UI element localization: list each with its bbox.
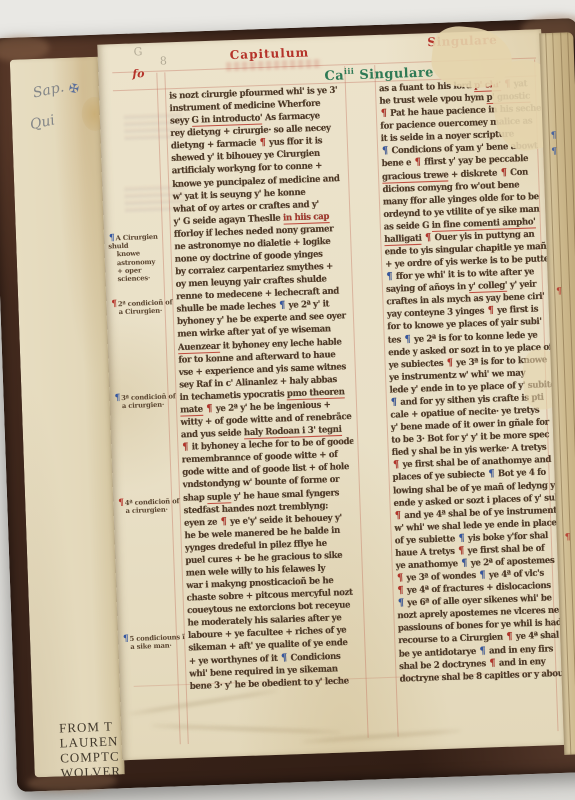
chapter-number-superscript: iii: [344, 66, 355, 76]
margin-annotation: ¶5 condiciouns ĩa sike man·: [122, 633, 187, 652]
margin-annotation: ¶3ª condicioñ ofa cirurgien·: [114, 392, 179, 411]
folio-abbreviation: fo: [132, 67, 145, 80]
chapter-title: Singulare: [359, 65, 434, 83]
photo-backdrop: { "photo": { "backdrop_color": "#e6e5e1"…: [0, 0, 575, 800]
margin-annotation: ¶A Cirurgien shuldknowe astronomy+ oper …: [108, 232, 174, 283]
handwritten-shelfmark-line1: Sap.: [32, 79, 66, 101]
margin-annotation: ¶4ª condicioñ ofa cirurgien·: [117, 497, 182, 516]
chapter-abbrev: Ca: [324, 68, 344, 84]
running-title-capitulum: Capitulum: [230, 45, 310, 62]
parchment-wrinkle: [129, 690, 277, 715]
manuscript-book: Sap. Qui ✠ FROM T LAUREN COMPTC WOLVER. …: [0, 18, 575, 792]
red-fore-edge-paraph: ¶: [556, 287, 562, 297]
pencil-mark: G: [133, 45, 142, 58]
margin-note-line: A Cirurgien shuld: [108, 233, 158, 251]
blue-fore-edge-paraph: ¶: [551, 131, 557, 141]
bookplate-stamp: FROM T LAUREN COMPTC WOLVER.: [59, 718, 125, 777]
manuscript-page: fo 8 G Capitulum Singulare Caiii Singula…: [97, 29, 566, 760]
bookplate-line: WOLVER.: [60, 763, 124, 777]
pencil-foliation-mark: 8: [160, 54, 167, 67]
handwritten-shelfmark-line2: Qui: [29, 112, 57, 133]
red-fore-edge-paraph: ¶: [565, 533, 571, 543]
ink-cross-mark: ✠: [68, 81, 80, 97]
margin-annotation: ¶2ª condicioñ ofa Cirurgien·: [110, 298, 175, 317]
margin-note-line: + oper sciences·: [109, 265, 174, 284]
text-column-left: is nozt cirurgie pfourmed whi' is ye 3'i…: [169, 84, 362, 693]
blue-fore-edge-paraph: ¶: [551, 147, 557, 157]
